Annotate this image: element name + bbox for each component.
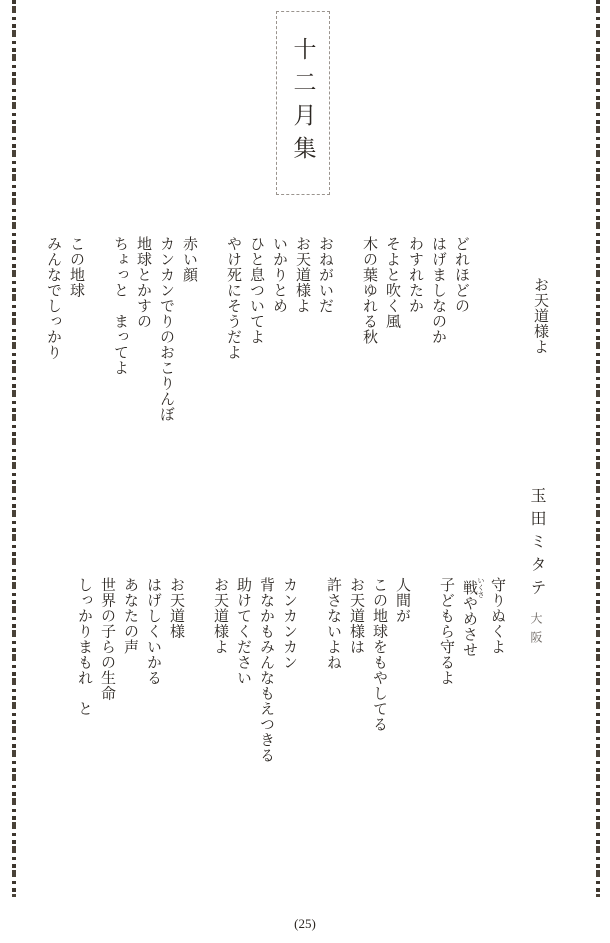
left-border-ornament: [12, 0, 16, 897]
line-rest: やめさせ: [461, 595, 477, 657]
poem-line: お天道様は: [344, 577, 367, 817]
furigana-text: いくさ: [477, 577, 485, 598]
author-name: 玉田ミタテ: [528, 487, 545, 602]
poem-line: カンカンでりのおこりんぼ: [154, 236, 177, 476]
poem-line: どれほどの: [449, 236, 472, 476]
poem-line: 木の葉ゆれる秋: [357, 236, 380, 476]
poem-line: ひと息ついてよ: [244, 236, 267, 476]
poem-line: 子どもら守るよ: [434, 577, 457, 817]
poem-line: 許さないよね: [321, 577, 344, 817]
poem-stanza-1: どれほどの はげましなのか わすれたか そよと吹く風 木の葉ゆれる秋 おねがいだ…: [41, 236, 472, 476]
poem-line: ちょっと まってよ: [108, 236, 131, 476]
poem-title: お天道様よ: [530, 277, 551, 355]
author-place: 大阪: [529, 612, 543, 650]
poem-line: この地球をもやしてる: [367, 577, 390, 817]
collection-title: 十二月集: [287, 37, 320, 169]
poem-line-with-furigana: 戦いくさやめさせ: [457, 577, 485, 817]
poem-line: カンカンカン: [277, 577, 300, 817]
poem-line: いかりとめ: [267, 236, 290, 476]
poem-line: お天道様: [164, 577, 187, 817]
collection-title-box: 十二月集: [276, 11, 330, 195]
page-number: (25): [0, 916, 610, 932]
poem-line: わすれたか: [403, 236, 426, 476]
poem-line: はげましなのか: [426, 236, 449, 476]
poem-line: みんなでしっかり: [41, 236, 64, 476]
poem-line: はげしくいかる: [141, 577, 164, 817]
poem-line: そよと吹く風: [380, 236, 403, 476]
poem-line: 地球とかすの: [131, 236, 154, 476]
poem-stanza-2: 守りぬくよ 戦いくさやめさせ 子どもら守るよ 人間が この地球をもやしてる お天…: [72, 577, 508, 817]
poem-line: 世界の子らの生命: [95, 577, 118, 817]
poem-line: お天道様よ: [208, 577, 231, 817]
right-border-ornament: [596, 0, 600, 897]
poem-line: おねがいだ: [313, 236, 336, 476]
poem-line: 背なかもみんなもえつきる: [254, 577, 277, 817]
poem-line: 助けてください: [231, 577, 254, 817]
furigana-ruby: 戦いくさ: [461, 577, 477, 595]
poem-line: あなたの声: [118, 577, 141, 817]
poem-line: 人間が: [390, 577, 413, 817]
author-block: 玉田ミタテ大阪: [525, 487, 548, 650]
poem-line: 守りぬくよ: [485, 577, 508, 817]
poem-line: 赤い顔: [177, 236, 200, 476]
poetry-page: 十二月集 お天道様よ 玉田ミタテ大阪 どれほどの はげましなのか わすれたか そ…: [0, 0, 610, 943]
poem-line: やけ死にそうだよ: [221, 236, 244, 476]
poem-line: この地球: [64, 236, 87, 476]
poem-line: お天道様よ: [290, 236, 313, 476]
poem-line: しっかりまもれ と: [72, 577, 95, 817]
